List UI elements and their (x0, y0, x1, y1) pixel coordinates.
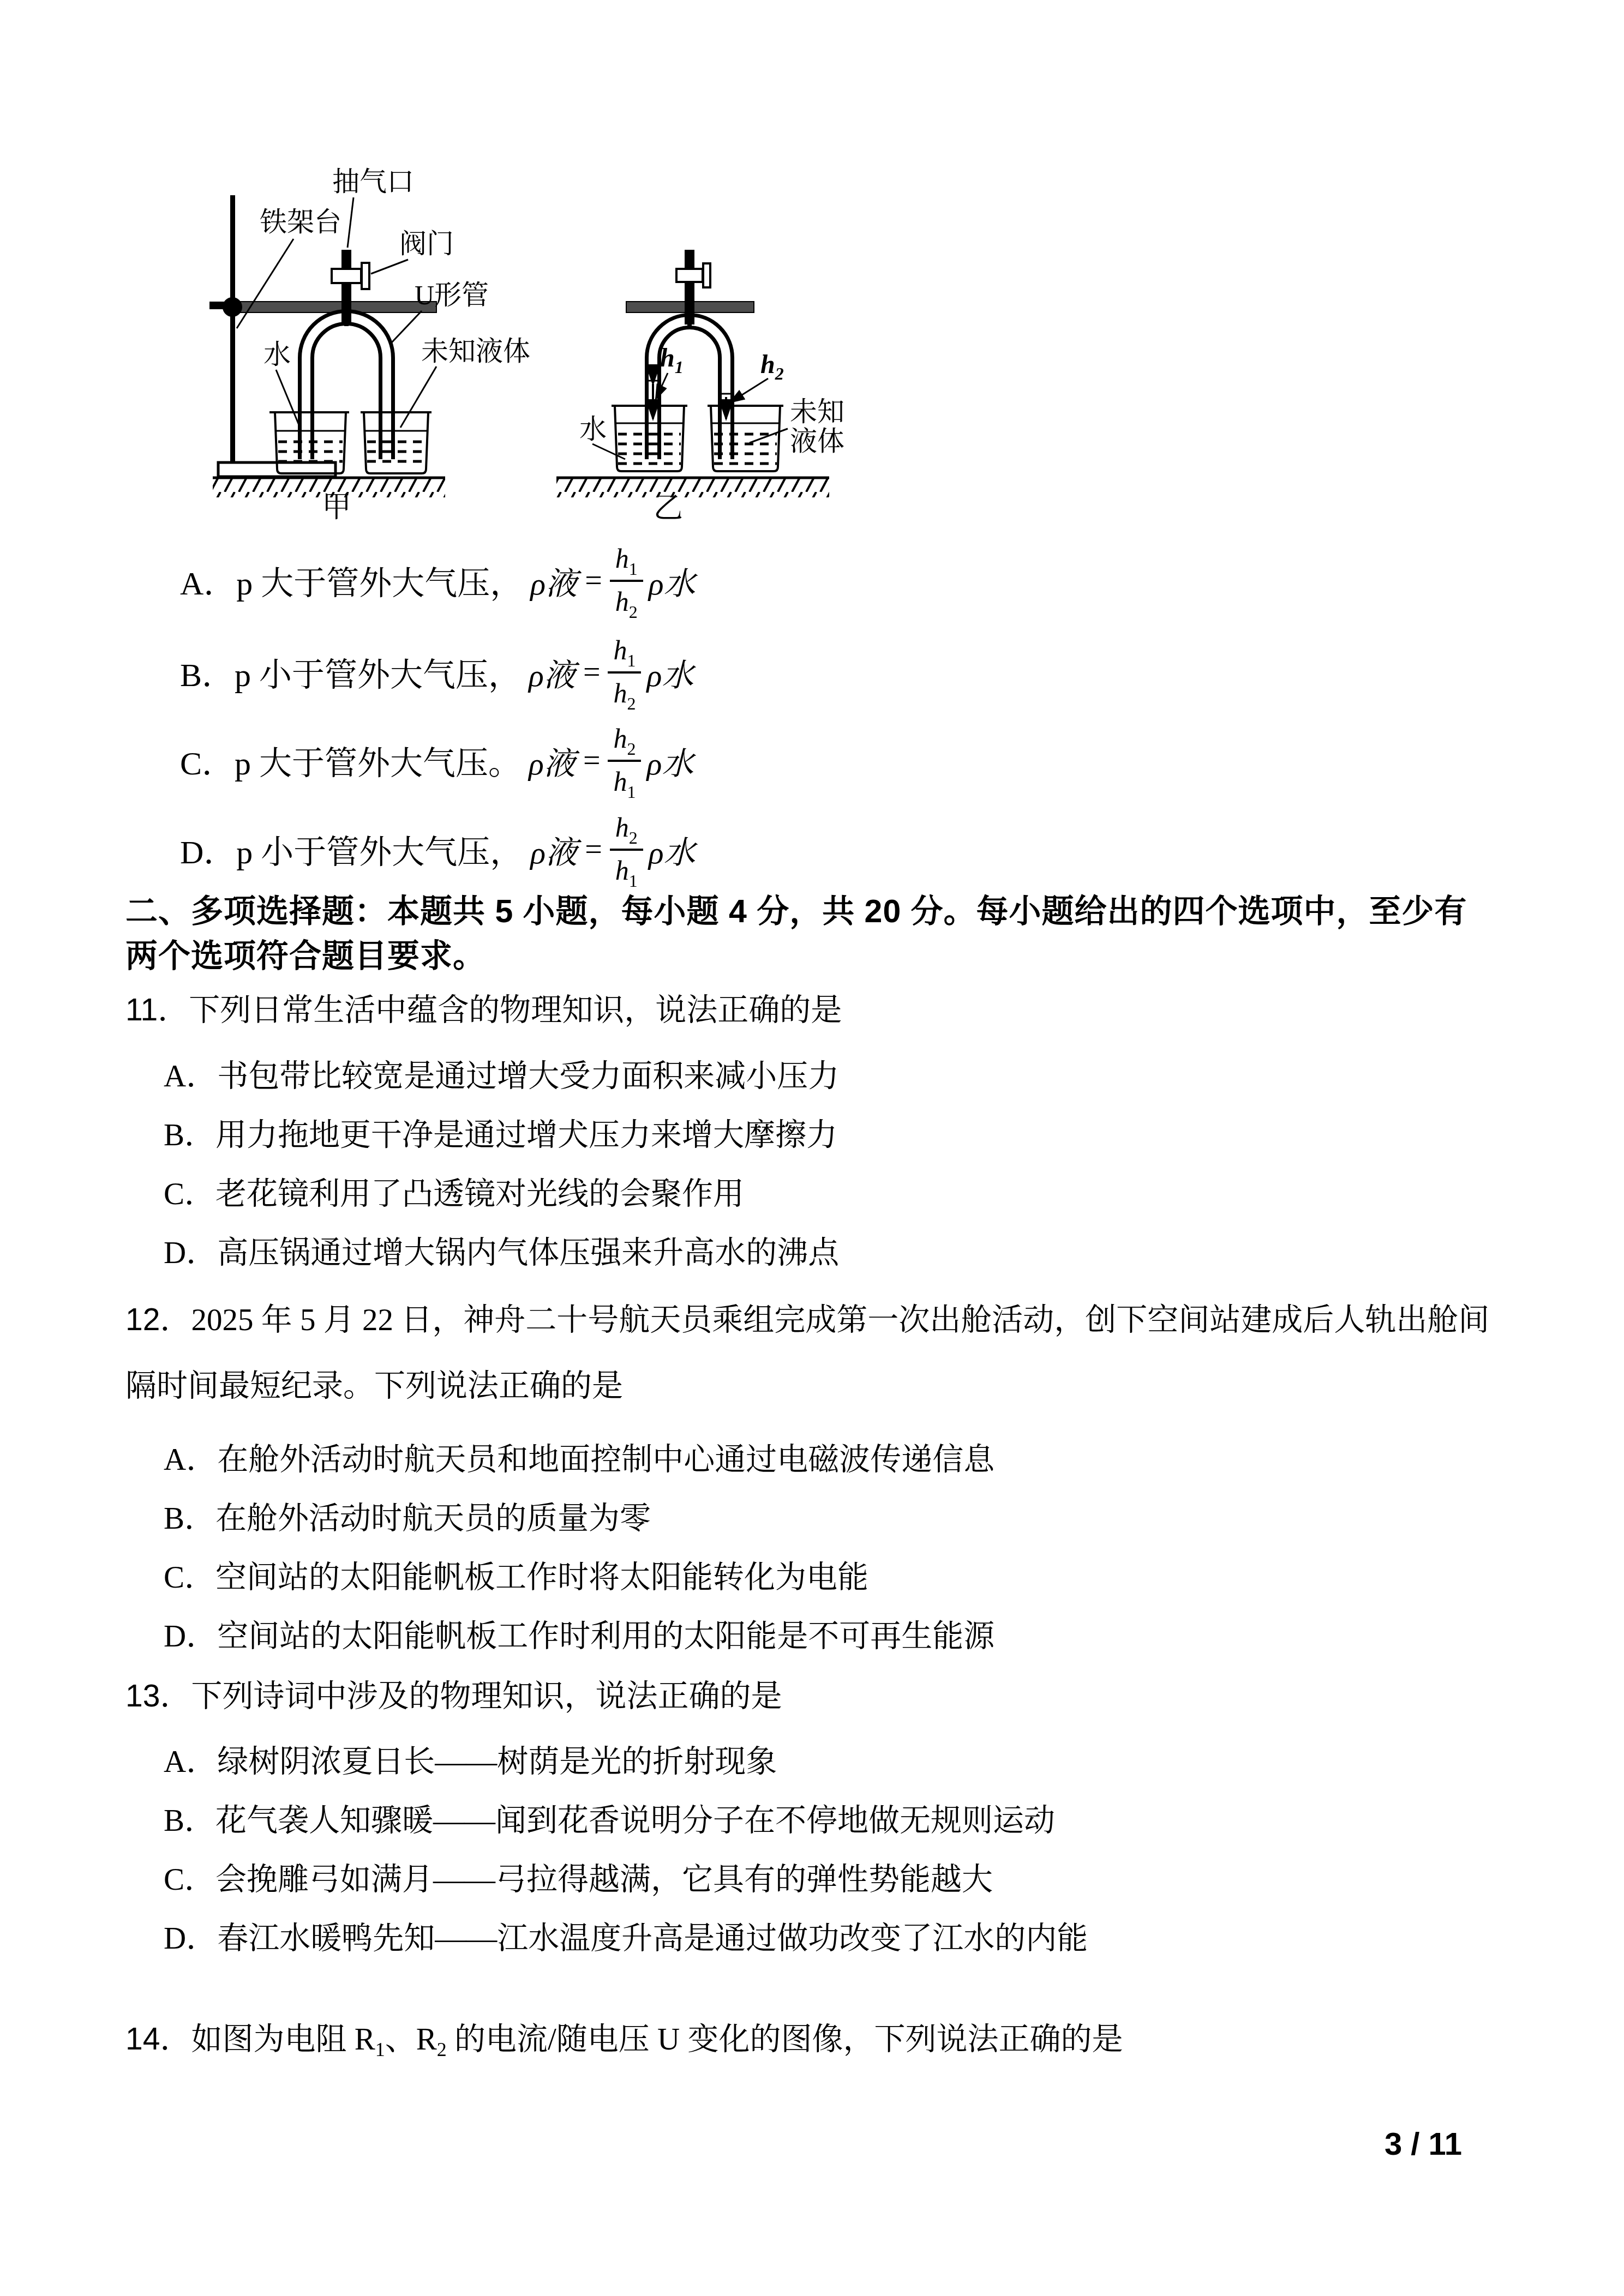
q12-stem-line1: 12．2025 年 5 月 22 日，神舟二十号航天员乘组完成第一次出舱活动，创… (125, 1301, 1489, 1339)
clamp-knob (223, 297, 242, 317)
q11-number: 11． (125, 993, 189, 1027)
u-tube-outline (306, 317, 387, 459)
frac-denominator: h (615, 586, 629, 617)
rho-water: ρ水 (649, 558, 696, 604)
q11-option-b: B．用力拖地更干净是通过增犬压力来增大摩擦力 (164, 1117, 837, 1154)
frac-numerator-sub: 1 (629, 559, 638, 579)
label-h2: h2 (760, 350, 784, 383)
label-unknown-yi-2: 液体 (790, 426, 844, 456)
section2-header-line2: 两个选项符合题目要求。 (125, 938, 486, 975)
q11-option-a: A．书包带比较宽是通过增大受力面积来减小压力 (164, 1058, 839, 1095)
valve-tab (703, 263, 710, 287)
q10-option-d: D．p 小于管外大气压， ρ液 = h2 h1 ρ水 (180, 802, 696, 898)
label-u-tube: U形管 (415, 280, 489, 310)
label-h1: h1 (660, 344, 684, 377)
q13-stem: 13．下列诗词中涉及的物理知识，说法正确的是 (125, 1678, 782, 1715)
leader-line (347, 197, 353, 248)
section2-header-line1: 二、多项选择题：本题共 5 小题，每小题 4 分，共 20 分。每小题给出的四个… (125, 893, 1467, 930)
frac-denominator-sub: 2 (629, 602, 638, 622)
q14-stem: 14．如图为电阻 R1、R2 的电流/随电压 U 变化的图像，下列说法正确的是 (125, 2021, 1123, 2062)
rho-water: ρ水 (646, 738, 693, 784)
q12-option-a: A．在舱外活动时航天员和地面控制中心通过电磁波传递信息 (164, 1441, 994, 1478)
rho-liquid: ρ液 (529, 650, 576, 695)
label-unknown-jia: 未知液体 (421, 336, 530, 366)
label-iron-stand: 铁架台 (260, 207, 341, 237)
fraction: h1 h2 (608, 632, 641, 713)
rho-liquid: ρ液 (529, 738, 576, 784)
equals-sign: = (583, 655, 601, 690)
frac-denominator: h (613, 766, 627, 797)
rho-liquid: ρ液 (530, 558, 577, 604)
q12-option-c: C．空间站的太阳能帆板工作时将太阳能转化为电能 (164, 1559, 868, 1596)
frac-denominator-sub: 1 (627, 782, 636, 802)
r2-subscript: 2 (437, 2039, 447, 2060)
frac-denominator-sub: 1 (629, 871, 638, 891)
option-text: C．p 大于管外大气压。 (180, 737, 521, 784)
frac-numerator-sub: 1 (627, 651, 636, 670)
rho-water: ρ水 (646, 650, 693, 695)
frac-numerator-sub: 2 (627, 739, 636, 759)
leader-line (730, 378, 768, 402)
r1-subscript: 1 (375, 2039, 385, 2060)
label-fig-jia: 甲 (322, 491, 351, 524)
rho-water: ρ水 (649, 827, 696, 873)
leader-line (276, 370, 300, 428)
leader-line (400, 366, 436, 428)
q12-option-b: B．在舱外活动时航天员的质量为零 (164, 1500, 651, 1537)
u-tube-outline (653, 321, 726, 459)
q13-option-b: B．花气袭人知骤暖——闻到花香说明分子在不停地做无规则运动 (164, 1802, 1055, 1840)
physics-diagram: 抽气口 铁架台 阀门 U形管 水 未知液体 甲 (207, 158, 862, 540)
label-pump-port: 抽气口 (332, 166, 414, 197)
frac-numerator: h (615, 543, 629, 574)
page-number: 3 / 11 (1385, 2126, 1462, 2162)
label-valve: 阀门 (399, 229, 454, 259)
q10-option-c: C．p 大于管外大气压。 ρ液 = h2 h1 ρ水 (180, 713, 693, 809)
apparatus-jia: 抽气口 铁架台 阀门 U形管 水 未知液体 甲 (209, 166, 530, 524)
valve-body (676, 269, 703, 282)
option-text: A．p 大于管外大气压， (180, 557, 523, 604)
label-water-yi: 水 (579, 414, 607, 444)
leader-line (237, 239, 293, 328)
q13-number: 13． (125, 1679, 191, 1714)
fraction: h2 h1 (610, 809, 643, 890)
q11-option-c: C．老花镜利用了凸透镜对光线的会聚作用 (164, 1176, 744, 1213)
fraction: h2 h1 (608, 720, 641, 801)
frac-denominator: h (613, 678, 627, 708)
frac-numerator: h (615, 812, 629, 843)
q11-stem: 11．下列日常生活中蕴含的物理知识，说法正确的是 (125, 991, 842, 1029)
leader-line (392, 311, 422, 342)
q13-option-d: D．春江水暖鸭先知——江水温度升高是通过做功改变了江水的内能 (164, 1920, 1088, 1957)
equals-sign: = (585, 563, 602, 598)
q12-number: 12． (125, 1302, 191, 1337)
option-text: D．p 小于管外大气压， (180, 826, 523, 873)
leader-line (750, 429, 788, 443)
frac-numerator: h (613, 723, 627, 754)
equals-sign: = (583, 743, 601, 778)
clamp-screw (209, 302, 225, 309)
leader-line (592, 444, 625, 459)
stand-rod (230, 195, 235, 478)
q10-option-a: A．p 大于管外大气压， ρ液 = h1 h2 ρ水 (180, 533, 696, 629)
option-text: B．p 小于管外大气压， (180, 649, 521, 696)
rho-liquid: ρ液 (530, 827, 577, 873)
frac-denominator-sub: 2 (627, 694, 636, 713)
label-fig-yi: 乙 (654, 492, 683, 525)
valve-body (332, 269, 361, 283)
apparatus-yi: h1 h2 水 未知 液体 乙 (556, 250, 844, 525)
q13-option-a: A．绿树阴浓夏日长——树荫是光的折射现象 (164, 1744, 777, 1781)
frac-denominator: h (615, 855, 629, 886)
q11-option-d: D．高压锅通过增大锅内气体压强来升高水的沸点 (164, 1235, 839, 1272)
exam-page: 抽气口 铁架台 阀门 U形管 水 未知液体 甲 (0, 0, 1624, 2296)
fraction: h1 h2 (610, 540, 643, 621)
label-unknown-yi-1: 未知 (790, 396, 844, 427)
q12-option-d: D．空间站的太阳能帆板工作时利用的太阳能是不可再生能源 (164, 1618, 994, 1655)
leader-line (371, 260, 408, 274)
label-water-jia: 水 (263, 339, 291, 370)
ground-hatch (556, 479, 829, 497)
q12-stem-line2: 隔时间最短纪录。下列说法正确的是 (125, 1368, 623, 1405)
q13-option-c: C．会挽雕弓如满月——弓拉得越满，它具有的弹性势能越大 (164, 1861, 993, 1898)
frac-numerator: h (613, 635, 627, 665)
valve-tab (362, 263, 369, 289)
frac-numerator-sub: 2 (629, 828, 638, 848)
q14-number: 14． (125, 2022, 191, 2057)
equals-sign: = (585, 832, 602, 867)
q10-option-b: B．p 小于管外大气压， ρ液 = h1 h2 ρ水 (180, 624, 693, 720)
